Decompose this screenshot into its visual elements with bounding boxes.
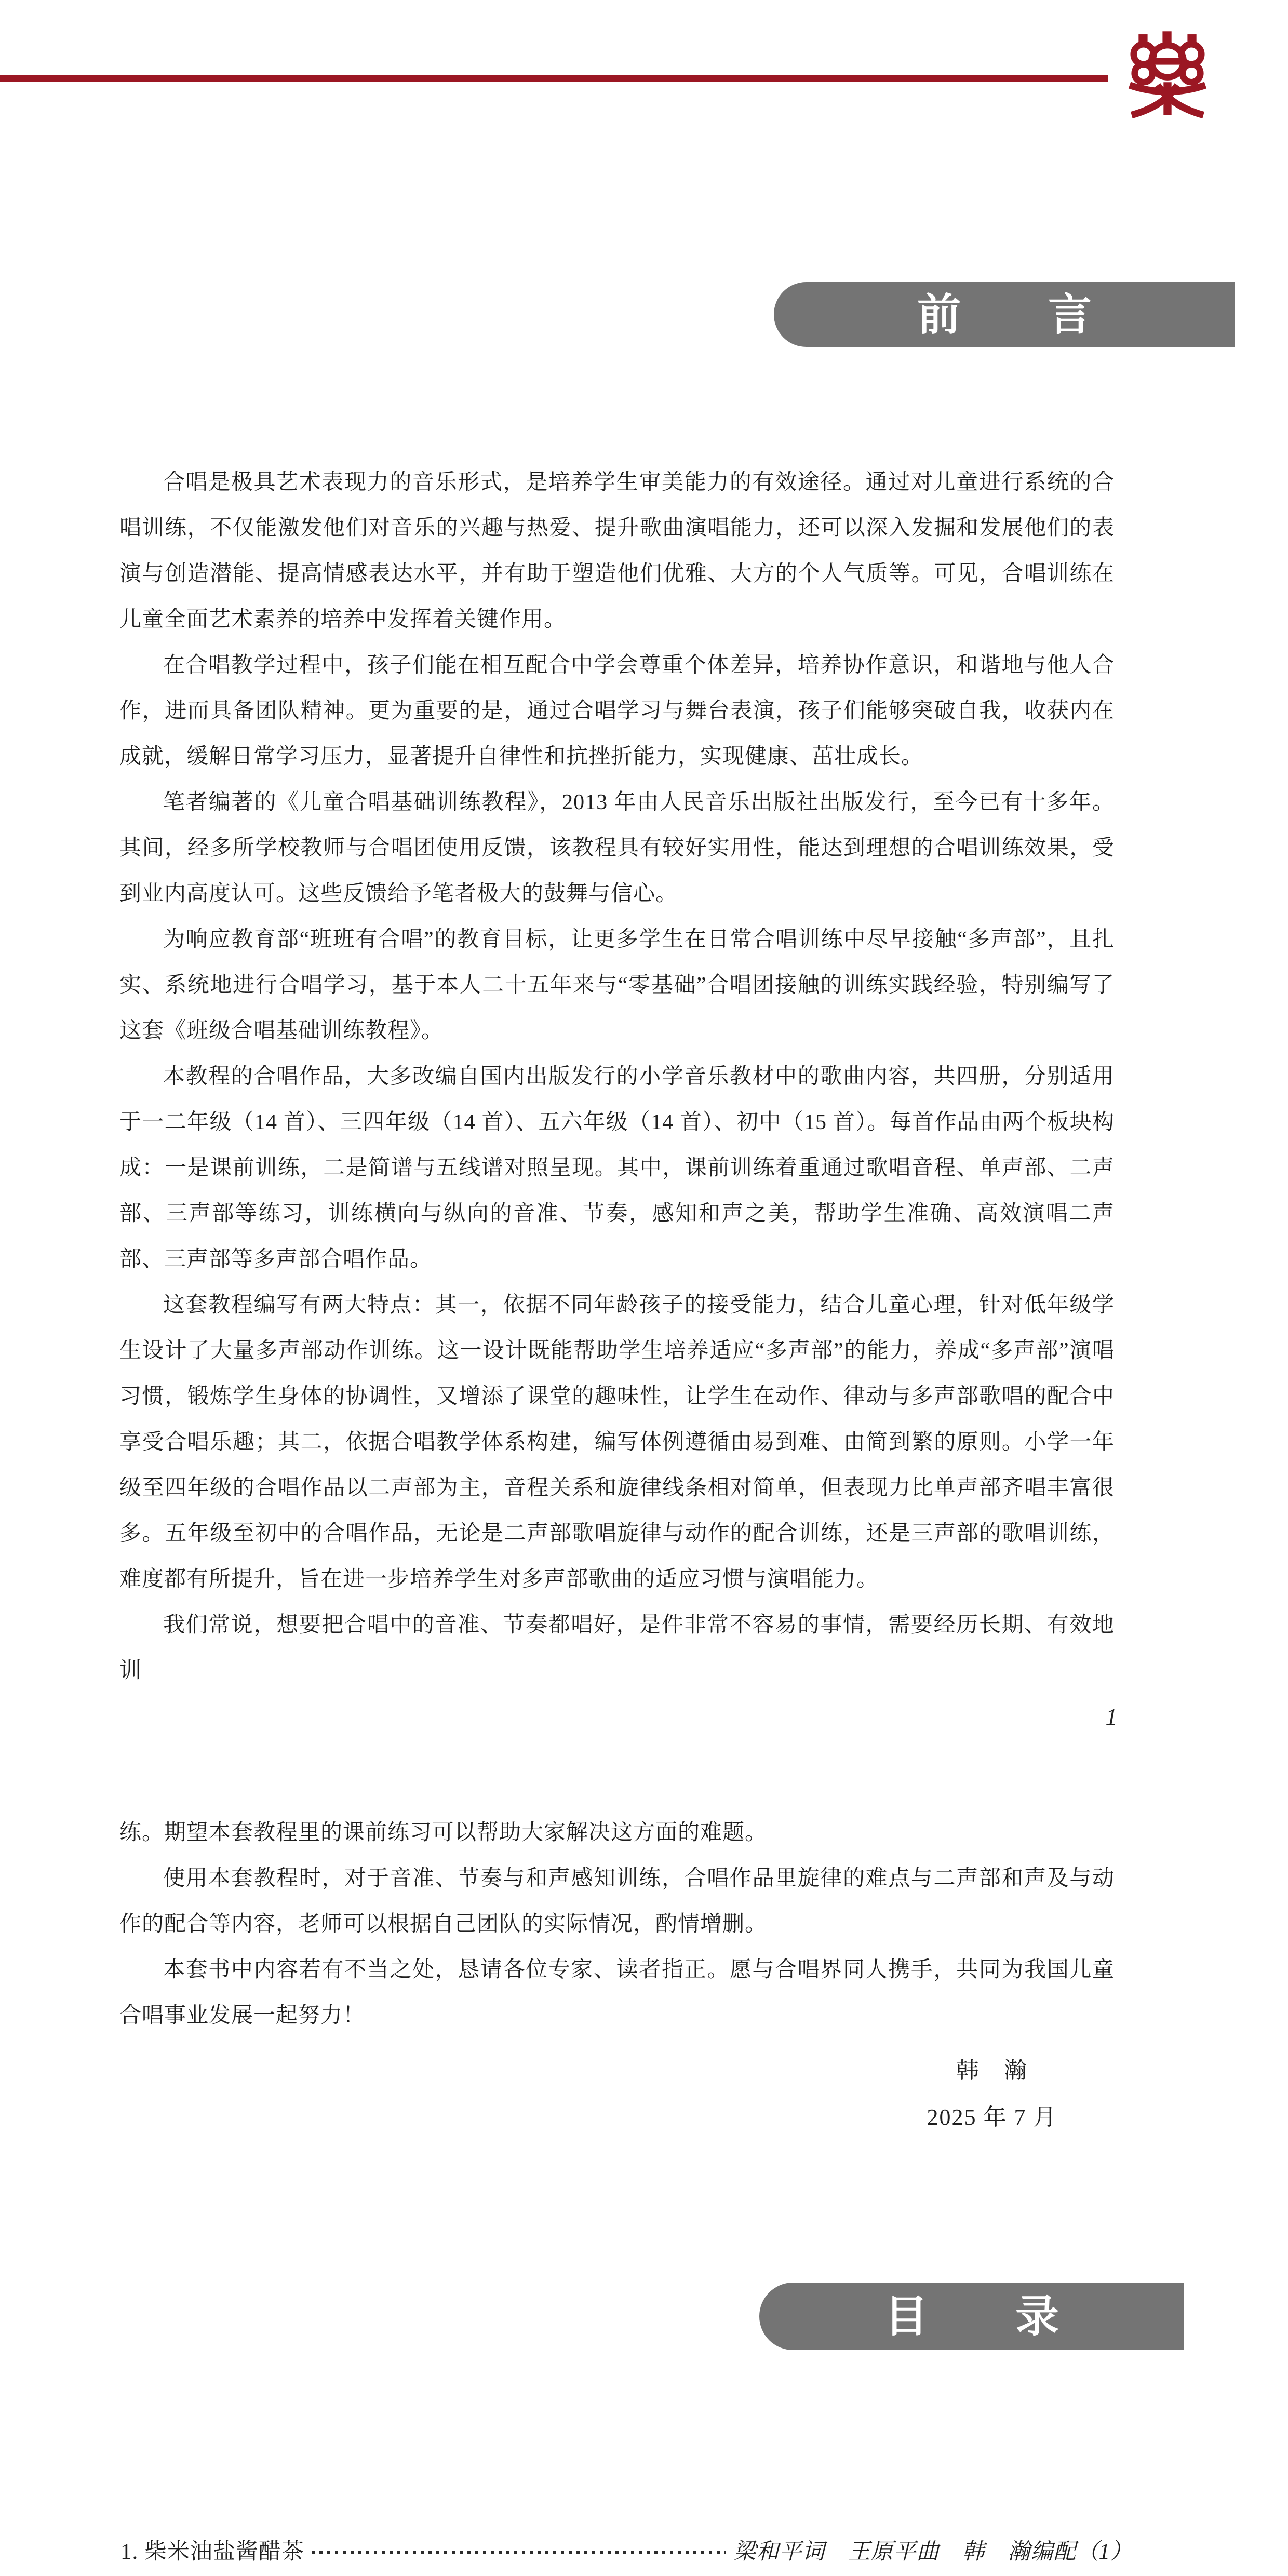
preface-paragraph: 这套教程编写有两大特点：其一，依据不同年龄孩子的接受能力，结合儿童心理，针对低年… (119, 1282, 1115, 1602)
preface-section-title: 前 言 (917, 293, 1092, 337)
preface-paragraph: 合唱是极具艺术表现力的音乐形式，是培养学生审美能力的有效途径。通过对儿童进行系统… (119, 460, 1115, 642)
top-red-rule (0, 75, 1108, 82)
signature-block: 韩 瀚 2025 年 7 月 (810, 2047, 1174, 2141)
yue-music-seal-logo-icon (1118, 21, 1217, 124)
preface-paragraph: 为响应教育部“班班有合唱”的教育目标，让更多学生在日常合唱训练中尽早接触“多声部… (119, 917, 1115, 1054)
toc-entry: 1. 柴米油盐酱醋茶 梁和平词 王原平曲 韩 瀚编配 （1） (120, 2528, 1132, 2576)
preface-paragraph: 本教程的合唱作品，大多改编自国内出版发行的小学音乐教材中的歌曲内容，共四册，分别… (119, 1054, 1115, 1282)
preface-paragraph: 使用本套教程时，对于音准、节奏与和声感知训练，合唱作品里旋律的难点与二声部和声及… (119, 1856, 1115, 1947)
author-name: 韩 瀚 (810, 2047, 1174, 2094)
toc-dotted-leader (312, 2551, 726, 2554)
preface-paragraph: 我们常说，想要把合唱中的音准、节奏都唱好，是件非常不容易的事情，需要经历长期、有… (119, 1602, 1115, 1694)
preface-body-page1: 合唱是极具艺术表现力的音乐形式，是培养学生审美能力的有效途径。通过对儿童进行系统… (119, 460, 1115, 1694)
toc-section-title: 目 录 (884, 2295, 1059, 2338)
signature-date: 2025 年 7 月 (810, 2094, 1174, 2141)
toc-entry-title: 1. 柴米油盐酱醋茶 (120, 2528, 304, 2576)
page-number: 1 (1085, 1694, 1137, 1740)
toc-entry-page-ref: （1） (1077, 2528, 1133, 2576)
preface-section-banner: 前 言 (774, 282, 1235, 347)
book-page: { "document": { "type": "book-preface-an… (0, 0, 1288, 2576)
preface-body-page2: 练。期望本套教程里的课前练习可以帮助大家解决这方面的难题。 使用本套教程时，对于… (119, 1810, 1115, 2038)
preface-paragraph: 本套书中内容若有不当之处，恳请各位专家、读者指正。愿与合唱界同人携手，共同为我国… (119, 1947, 1115, 2038)
preface-paragraph: 在合唱教学过程中，孩子们能在相互配合中学会尊重个体差异，培养协作意识，和谐地与他… (119, 642, 1115, 780)
preface-paragraph-continuation: 练。期望本套教程里的课前练习可以帮助大家解决这方面的难题。 (119, 1810, 1115, 1856)
toc-entry-credits: 梁和平词 王原平曲 韩 瀚编配 (734, 2528, 1077, 2576)
toc-section-banner: 目 录 (759, 2283, 1184, 2350)
preface-paragraph: 笔者编著的《儿童合唱基础训练教程》，2013 年由人民音乐出版社出版发行，至今已… (119, 780, 1115, 917)
